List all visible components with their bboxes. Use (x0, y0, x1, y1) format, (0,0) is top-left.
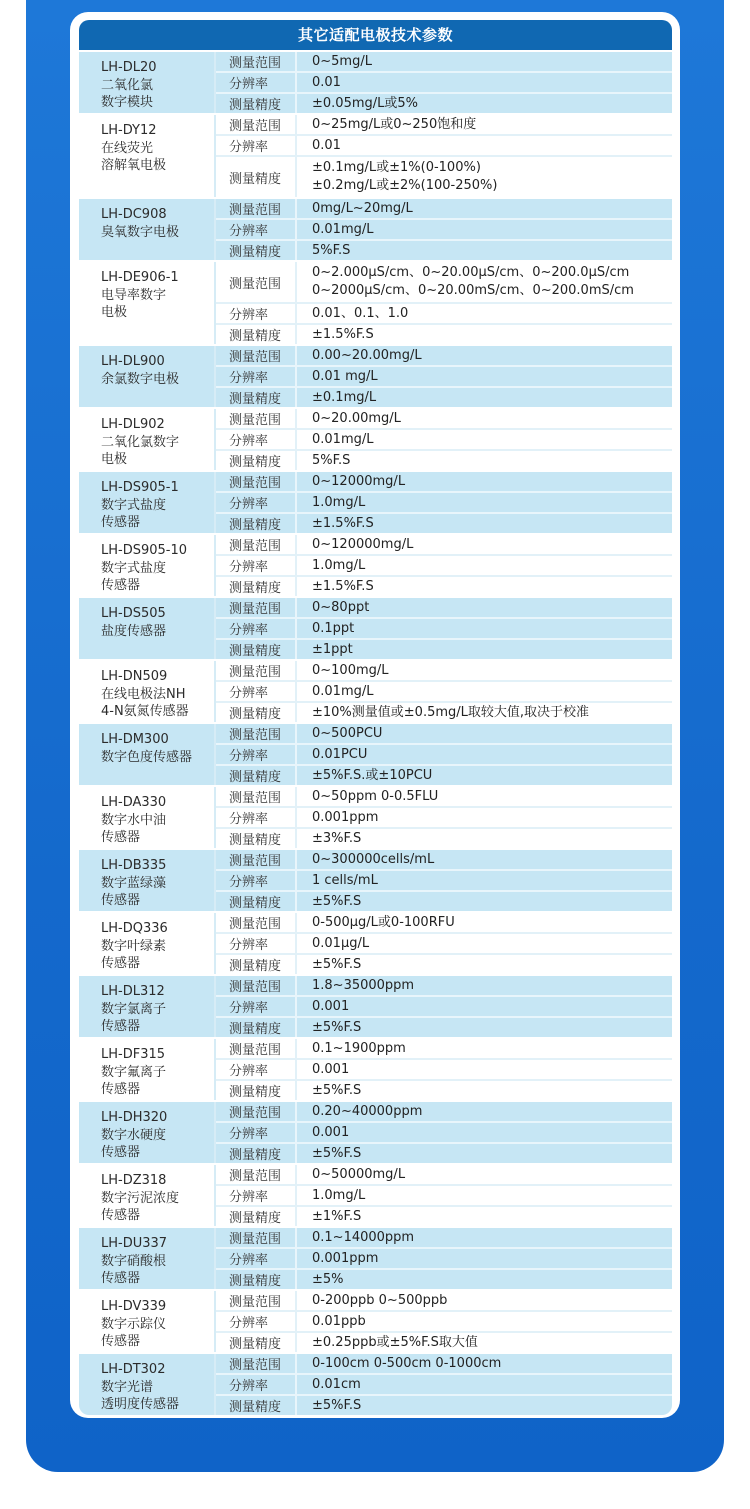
spec-value: 0~25mg/L或0~250饱和度 (297, 115, 672, 134)
product-name-line: 数字叶绿素 (101, 938, 214, 956)
spec-label: 分辨率 (216, 1060, 297, 1079)
spec-value-line: 0.001 (312, 998, 672, 1016)
spec-value-line: 0~50000mg/L (312, 1166, 672, 1184)
spec-value: 0.1~1900ppm (297, 1039, 672, 1058)
spec-label: 测量精度 (216, 892, 297, 911)
spec-label: 测量精度 (216, 1207, 297, 1226)
spec-label: 测量精度 (216, 640, 297, 659)
spec-label: 分辨率 (216, 304, 297, 323)
spec-value: 0.001 (297, 1060, 672, 1079)
product-group: LH-DY12在线荧光溶解氧电极测量范围0~25mg/L或0~250饱和度分辨率… (79, 113, 672, 197)
spec-rows: 测量范围0-500μg/L或0-100RFU分辨率0.01μg/L测量精度±5%… (216, 913, 672, 974)
spec-row-accuracy: 测量精度±1ppt (216, 638, 672, 659)
spec-rows: 测量范围0-200ppb 0~500ppb分辨率0.01ppb测量精度±0.25… (216, 1291, 672, 1352)
spec-value: ±5%F.S (297, 1018, 672, 1037)
spec-value-line: 0~80ppt (312, 599, 672, 617)
spec-value: ±10%测量值或±0.5mg/L取较大值,取决于校准 (297, 703, 672, 722)
spec-label: 测量精度 (216, 1144, 297, 1163)
product-name-line: 数字水中油 (101, 812, 214, 830)
spec-label: 分辨率 (216, 1312, 297, 1331)
product-name-line: 数字式盐度 (101, 560, 214, 578)
spec-row-range: 测量范围0-100cm 0-500cm 0-1000cm (216, 1354, 672, 1373)
spec-row-accuracy: 测量精度±1.5%F.S (216, 575, 672, 596)
spec-rows: 测量范围0.00~20.00mg/L分辨率0.01 mg/L测量精度±0.1mg… (216, 346, 672, 407)
product-group: LH-DA330数字水中油传感器测量范围0~50ppm 0-0.5FLU分辨率0… (79, 785, 672, 848)
spec-value: 0~50ppm 0-0.5FLU (297, 787, 672, 806)
product-model-cell: LH-DL20二氧化氯数字模块 (79, 52, 216, 113)
product-group: LH-DN509在线电极法NH4-N氨氮传感器测量范围0~100mg/L分辨率0… (79, 659, 672, 722)
product-name-line: 数字氯离子 (101, 1001, 214, 1019)
spec-value-line: 0.01mg/L (312, 683, 672, 701)
spec-value-line: 0.01cm (312, 1376, 672, 1394)
spec-row-range: 测量范围0~50ppm 0-0.5FLU (216, 787, 672, 806)
product-model: LH-DC908 (101, 206, 214, 224)
spec-row-resolution: 分辨率0.001 (216, 1058, 672, 1079)
spec-value: 0.001ppm (297, 808, 672, 827)
spec-label: 测量范围 (216, 472, 297, 491)
spec-label: 分辨率 (216, 997, 297, 1016)
product-group: LH-DS905-10数字式盐度传感器测量范围0~120000mg/L分辨率1.… (79, 533, 672, 596)
spec-row-accuracy: 测量精度±5%F.S (216, 890, 672, 911)
product-group: LH-DU337数字硝酸根传感器测量范围0.1~14000ppm分辨率0.001… (79, 1226, 672, 1289)
spec-label: 测量范围 (216, 199, 297, 218)
product-model: LH-DB335 (101, 857, 214, 875)
spec-row-resolution: 分辨率0.001ppm (216, 806, 672, 827)
spec-row-resolution: 分辨率0.001 (216, 1121, 672, 1142)
product-group: LH-DQ336数字叶绿素传感器测量范围0-500μg/L或0-100RFU分辨… (79, 911, 672, 974)
spec-value: 0.01mg/L (297, 220, 672, 239)
spec-label: 分辨率 (216, 1123, 297, 1142)
product-model: LH-DS905-1 (101, 479, 214, 497)
spec-value: 0.01、0.1、1.0 (297, 304, 672, 323)
spec-value-line: 0.01 mg/L (312, 368, 672, 386)
spec-row-accuracy: 测量精度±1.5%F.S (216, 512, 672, 533)
spec-value-line: 1.0mg/L (312, 557, 672, 575)
spec-value: 0mg/L~20mg/L (297, 199, 672, 218)
spec-value-line: 1 cells/mL (312, 872, 672, 890)
product-model: LH-DM300 (101, 731, 214, 749)
spec-value: 0~5mg/L (297, 52, 672, 71)
spec-row-accuracy: 测量精度±3%F.S (216, 827, 672, 848)
spec-value-line: ±5% (312, 1271, 672, 1289)
spec-row-resolution: 分辨率0.01cm (216, 1373, 672, 1394)
spec-label: 测量精度 (216, 703, 297, 722)
spec-value-line: ±0.1mg/L (312, 389, 672, 407)
product-model: LH-DL902 (101, 416, 214, 434)
spec-label: 测量精度 (216, 94, 297, 113)
spec-value: 0.01mg/L (297, 430, 672, 449)
product-model-cell: LH-DF315数字氟离子传感器 (79, 1039, 216, 1100)
product-model: LH-DL312 (101, 983, 214, 1001)
spec-rows: 测量范围0.1~1900ppm分辨率0.001测量精度±5%F.S (216, 1039, 672, 1100)
spec-value-line: 0-500μg/L或0-100RFU (312, 914, 672, 932)
spec-label: 测量精度 (216, 1396, 297, 1415)
spec-value: 5%F.S (297, 241, 672, 260)
spec-value-line: 0.01ppb (312, 1313, 672, 1331)
spec-value-line: ±5%F.S (312, 893, 672, 911)
spec-value-line: ±0.2mg/L或±2%(100-250%) (312, 177, 672, 195)
spec-value-line: 0-100cm 0-500cm 0-1000cm (312, 1355, 672, 1373)
product-model-cell: LH-DC908臭氧数字电极 (79, 199, 216, 260)
product-group: LH-DE906-1电导率数字电极测量范围0~2.000μS/cm、0~20.0… (79, 260, 672, 344)
spec-row-accuracy: 测量精度±0.25ppb或±5%F.S取大值 (216, 1331, 672, 1352)
product-model: LH-DA330 (101, 794, 214, 812)
spec-label: 测量精度 (216, 955, 297, 974)
spec-row-accuracy: 测量精度±5% (216, 1268, 672, 1289)
product-name-line: 传感器 (101, 1270, 214, 1288)
product-name-line: 盐度传感器 (101, 623, 214, 641)
spec-label: 测量精度 (216, 514, 297, 533)
spec-row-resolution: 分辨率0.01ppb (216, 1310, 672, 1331)
spec-label: 分辨率 (216, 745, 297, 764)
spec-rows: 测量范围0-100cm 0-500cm 0-1000cm分辨率0.01cm测量精… (216, 1354, 672, 1415)
spec-value-line: 0-200ppb 0~500ppb (312, 1292, 672, 1310)
spec-label: 测量范围 (216, 1354, 297, 1373)
spec-row-accuracy: 测量精度±10%测量值或±0.5mg/L取较大值,取决于校准 (216, 701, 672, 722)
product-model-cell: LH-DA330数字水中油传感器 (79, 787, 216, 848)
spec-value: 0~500PCU (297, 724, 672, 743)
spec-row-range: 测量范围1.8~35000ppm (216, 976, 672, 995)
spec-value-line: 0~300000cells/mL (312, 851, 672, 869)
spec-row-resolution: 分辨率0.01 (216, 71, 672, 92)
spec-label: 测量精度 (216, 1333, 297, 1352)
spec-value-line: 0.01、0.1、1.0 (312, 305, 672, 323)
spec-value-line: ±5%F.S (312, 1019, 672, 1037)
spec-value-line: ±3%F.S (312, 830, 672, 848)
spec-value-line: 0~5mg/L (312, 53, 672, 71)
spec-value-line: 0.01mg/L (312, 221, 672, 239)
spec-value-line: 0~500PCU (312, 725, 672, 743)
product-model-cell: LH-DZ318数字污泥浓度传感器 (79, 1165, 216, 1226)
product-name-line: 二氧化氯数字 (101, 434, 214, 452)
product-name-line: 数字示踪仪 (101, 1316, 214, 1334)
product-name-line: 传感器 (101, 955, 214, 973)
spec-value: 0.01ppb (297, 1312, 672, 1331)
spec-label: 测量范围 (216, 724, 297, 743)
spec-value: 0.20~40000ppm (297, 1102, 672, 1121)
spec-value-line: 0.01mg/L (312, 431, 672, 449)
spec-row-range: 测量范围0~100mg/L (216, 661, 672, 680)
spec-row-resolution: 分辨率0.01、0.1、1.0 (216, 302, 672, 323)
spec-value: 0~120000mg/L (297, 535, 672, 554)
product-group: LH-DB335数字蓝绿藻传感器测量范围0~300000cells/mL分辨率1… (79, 848, 672, 911)
product-group: LH-DH320数字水硬度传感器测量范围0.20~40000ppm分辨率0.00… (79, 1100, 672, 1163)
product-model: LH-DE906-1 (101, 269, 214, 287)
spec-value-line: 1.8~35000ppm (312, 977, 672, 995)
spec-label: 测量范围 (216, 913, 297, 932)
product-model-cell: LH-DV339数字示踪仪传感器 (79, 1291, 216, 1352)
spec-row-resolution: 分辨率1.0mg/L (216, 1184, 672, 1205)
spec-value-line: ±1.5%F.S (312, 515, 672, 533)
spec-value-line: 0.1ppt (312, 620, 672, 638)
spec-value-line: 5%F.S (312, 242, 672, 260)
spec-value: 0~20.00mg/L (297, 409, 672, 428)
product-name-line: 数字光谱 (101, 1379, 214, 1397)
product-model-cell: LH-DS505盐度传感器 (79, 598, 216, 659)
spec-value: 1 cells/mL (297, 871, 672, 890)
spec-row-range: 测量范围0~25mg/L或0~250饱和度 (216, 115, 672, 134)
product-name-line: 电极 (101, 451, 214, 469)
spec-row-range: 测量范围0.1~1900ppm (216, 1039, 672, 1058)
product-model-cell: LH-DY12在线荧光溶解氧电极 (79, 115, 216, 197)
spec-value: ±5% (297, 1270, 672, 1289)
spec-label: 测量精度 (216, 577, 297, 596)
spec-row-resolution: 分辨率1.0mg/L (216, 554, 672, 575)
spec-row-accuracy: 测量精度5%F.S (216, 449, 672, 470)
spec-value-line: 0~2000μS/cm、0~20.00mS/cm、0~200.0mS/cm (312, 282, 672, 300)
spec-value: 0~80ppt (297, 598, 672, 617)
spec-value-line: ±0.25ppb或±5%F.S取大值 (312, 1334, 672, 1352)
spec-value-line: 0~2.000μS/cm、0~20.00μS/cm、0~200.0μS/cm (312, 264, 672, 282)
product-group: LH-DC908臭氧数字电极测量范围0mg/L~20mg/L分辨率0.01mg/… (79, 197, 672, 260)
spec-label: 测量范围 (216, 52, 297, 71)
spec-value: ±1.5%F.S (297, 577, 672, 596)
spec-value-line: 0~120000mg/L (312, 536, 672, 554)
product-model: LH-DL20 (101, 59, 214, 77)
product-group: LH-DF315数字氟离子传感器测量范围0.1~1900ppm分辨率0.001测… (79, 1037, 672, 1100)
spec-label: 分辨率 (216, 1186, 297, 1205)
spec-value-line: ±1.5%F.S (312, 326, 672, 344)
spec-rows: 测量范围0.1~14000ppm分辨率0.001ppm测量精度±5% (216, 1228, 672, 1289)
spec-value-line: 0.00~20.00mg/L (312, 347, 672, 365)
spec-row-range: 测量范围0~80ppt (216, 598, 672, 617)
product-name-line: 传感器 (101, 892, 214, 910)
spec-value-line: ±0.05mg/L或5% (312, 95, 672, 113)
spec-label: 测量精度 (216, 1018, 297, 1037)
spec-row-accuracy: 测量精度±0.05mg/L或5% (216, 92, 672, 113)
spec-row-range: 测量范围0~5mg/L (216, 52, 672, 71)
spec-label: 测量精度 (216, 388, 297, 407)
product-name-line: 传感器 (101, 1333, 214, 1351)
spec-rows: 测量范围0~80ppt分辨率0.1ppt测量精度±1ppt (216, 598, 672, 659)
spec-label: 分辨率 (216, 367, 297, 386)
product-name-line: 数字水硬度 (101, 1127, 214, 1145)
spec-label: 测量范围 (216, 1291, 297, 1310)
spec-rows: 测量范围0~25mg/L或0~250饱和度分辨率0.01测量精度±0.1mg/L… (216, 115, 672, 197)
product-name-line: 数字色度传感器 (101, 749, 214, 767)
product-model-cell: LH-DH320数字水硬度传感器 (79, 1102, 216, 1163)
product-name-line: 溶解氧电极 (101, 157, 214, 175)
spec-value: ±5%F.S (297, 892, 672, 911)
spec-value: 1.8~35000ppm (297, 976, 672, 995)
spec-row-resolution: 分辨率1.0mg/L (216, 491, 672, 512)
spec-value: 0.01PCU (297, 745, 672, 764)
spec-value: ±0.25ppb或±5%F.S取大值 (297, 1333, 672, 1352)
spec-rows: 测量范围0~120000mg/L分辨率1.0mg/L测量精度±1.5%F.S (216, 535, 672, 596)
product-model: LH-DV339 (101, 1298, 214, 1316)
spec-row-range: 测量范围0.20~40000ppm (216, 1102, 672, 1121)
spec-value: 0.01 (297, 136, 672, 155)
spec-value-line: 0~100mg/L (312, 662, 672, 680)
spec-label: 分辨率 (216, 136, 297, 155)
spec-value-line: ±5%F.S (312, 1145, 672, 1163)
product-group: LH-DV339数字示踪仪传感器测量范围0-200ppb 0~500ppb分辨率… (79, 1289, 672, 1352)
product-group: LH-DM300数字色度传感器测量范围0~500PCU分辨率0.01PCU测量精… (79, 722, 672, 785)
spec-row-range: 测量范围0mg/L~20mg/L (216, 199, 672, 218)
spec-label: 测量范围 (216, 976, 297, 995)
product-model-cell: LH-DE906-1电导率数字电极 (79, 262, 216, 344)
table-body: LH-DL20二氧化氯数字模块测量范围0~5mg/L分辨率0.01测量精度±0.… (79, 50, 672, 1415)
spec-value: 5%F.S (297, 451, 672, 470)
spec-label: 分辨率 (216, 1375, 297, 1394)
spec-label: 测量精度 (216, 1270, 297, 1289)
product-name-line: 数字模块 (101, 94, 214, 112)
spec-value-line: 0.1~14000ppm (312, 1229, 672, 1247)
spec-label: 分辨率 (216, 871, 297, 890)
spec-row-accuracy: 测量精度±5%F.S (216, 1016, 672, 1037)
spec-label: 测量范围 (216, 787, 297, 806)
product-model-cell: LH-DS905-1数字式盐度传感器 (79, 472, 216, 533)
product-name-line: 传感器 (101, 514, 214, 532)
spec-label: 分辨率 (216, 1249, 297, 1268)
spec-value-line: 0.001 (312, 1124, 672, 1142)
spec-row-resolution: 分辨率1 cells/mL (216, 869, 672, 890)
product-name-line: 4-N氨氮传感器 (101, 703, 214, 721)
product-name-line: 传感器 (101, 829, 214, 847)
spec-row-accuracy: 测量精度±0.1mg/L或±1%(0-100%)±0.2mg/L或±2%(100… (216, 155, 672, 197)
spec-label: 测量范围 (216, 346, 297, 365)
product-group: LH-DZ318数字污泥浓度传感器测量范围0~50000mg/L分辨率1.0mg… (79, 1163, 672, 1226)
spec-row-resolution: 分辨率0.001ppm (216, 1247, 672, 1268)
product-model-cell: LH-DB335数字蓝绿藻传感器 (79, 850, 216, 911)
spec-value-line: 0.01 (312, 74, 672, 92)
spec-rows: 测量范围1.8~35000ppm分辨率0.001测量精度±5%F.S (216, 976, 672, 1037)
product-model: LH-DF315 (101, 1046, 214, 1064)
spec-label: 测量范围 (216, 850, 297, 869)
product-name-line: 余氯数字电极 (101, 371, 214, 389)
product-group: LH-DS505盐度传感器测量范围0~80ppt分辨率0.1ppt测量精度±1p… (79, 596, 672, 659)
spec-row-resolution: 分辨率0.01mg/L (216, 680, 672, 701)
spec-row-range: 测量范围0-500μg/L或0-100RFU (216, 913, 672, 932)
spec-label: 分辨率 (216, 220, 297, 239)
spec-rows: 测量范围0~5mg/L分辨率0.01测量精度±0.05mg/L或5% (216, 52, 672, 113)
product-name-line: 在线荧光 (101, 140, 214, 158)
spec-row-range: 测量范围0-200ppb 0~500ppb (216, 1291, 672, 1310)
spec-value: ±1.5%F.S (297, 514, 672, 533)
spec-table: 其它适配电极技术参数 LH-DL20二氧化氯数字模块测量范围0~5mg/L分辨率… (79, 20, 672, 1415)
spec-value: ±5%F.S (297, 1396, 672, 1415)
product-model: LH-DH320 (101, 1109, 214, 1127)
spec-rows: 测量范围0~50ppm 0-0.5FLU分辨率0.001ppm测量精度±3%F.… (216, 787, 672, 848)
spec-rows: 测量范围0~2.000μS/cm、0~20.00μS/cm、0~200.0μS/… (216, 262, 672, 344)
product-model-cell: LH-DL900余氯数字电极 (79, 346, 216, 407)
spec-value: ±0.05mg/L或5% (297, 94, 672, 113)
spec-value: 1.0mg/L (297, 1186, 672, 1205)
product-model: LH-DS505 (101, 605, 214, 623)
spec-value: 1.0mg/L (297, 493, 672, 512)
product-name-line: 传感器 (101, 1207, 214, 1225)
spec-value: 0~50000mg/L (297, 1165, 672, 1184)
spec-value-line: ±10%测量值或±0.5mg/L取较大值,取决于校准 (312, 704, 672, 722)
product-name-line: 传感器 (101, 1018, 214, 1036)
spec-value: ±5%F.S (297, 1144, 672, 1163)
spec-value: ±0.1mg/L或±1%(0-100%)±0.2mg/L或±2%(100-250… (297, 157, 672, 197)
product-name-line: 数字硝酸根 (101, 1253, 214, 1271)
spec-value-line: ±1ppt (312, 641, 672, 659)
product-group: LH-DL312数字氯离子传感器测量范围1.8~35000ppm分辨率0.001… (79, 974, 672, 1037)
spec-rows: 测量范围0~12000mg/L分辨率1.0mg/L测量精度±1.5%F.S (216, 472, 672, 533)
spec-value-line: 0.01 (312, 137, 672, 155)
spec-value: ±1%F.S (297, 1207, 672, 1226)
spec-row-accuracy: 测量精度5%F.S (216, 239, 672, 260)
spec-value: 0-500μg/L或0-100RFU (297, 913, 672, 932)
spec-rows: 测量范围0~500PCU分辨率0.01PCU测量精度±5%F.S.或±10PCU (216, 724, 672, 785)
product-model: LH-DT302 (101, 1361, 214, 1379)
spec-row-resolution: 分辨率0.01μg/L (216, 932, 672, 953)
spec-label: 测量范围 (216, 1039, 297, 1058)
spec-value: 0~300000cells/mL (297, 850, 672, 869)
spec-row-range: 测量范围0~12000mg/L (216, 472, 672, 491)
spec-row-accuracy: 测量精度±1%F.S (216, 1205, 672, 1226)
spec-value: 0~12000mg/L (297, 472, 672, 491)
product-group: LH-DL902二氧化氯数字电极测量范围0~20.00mg/L分辨率0.01mg… (79, 407, 672, 470)
spec-row-range: 测量范围0~300000cells/mL (216, 850, 672, 869)
spec-value: 0.01μg/L (297, 934, 672, 953)
spec-value: 0~100mg/L (297, 661, 672, 680)
product-name-line: 数字式盐度 (101, 497, 214, 515)
spec-value-line: 0~12000mg/L (312, 473, 672, 491)
product-name-line: 电导率数字 (101, 287, 214, 305)
product-model: LH-DY12 (101, 122, 214, 140)
spec-value-line: ±5%F.S (312, 1397, 672, 1415)
product-model: LH-DL900 (101, 353, 214, 371)
product-name-line: 传感器 (101, 577, 214, 595)
spec-value: ±5%F.S.或±10PCU (297, 766, 672, 785)
spec-row-accuracy: 测量精度±5%F.S (216, 953, 672, 974)
spec-label: 分辨率 (216, 430, 297, 449)
spec-row-accuracy: 测量精度±5%F.S (216, 1079, 672, 1100)
product-name-line: 传感器 (101, 1144, 214, 1162)
spec-value-line: ±1.5%F.S (312, 578, 672, 596)
spec-label: 分辨率 (216, 73, 297, 92)
product-model-cell: LH-DS905-10数字式盐度传感器 (79, 535, 216, 596)
spec-label: 测量精度 (216, 157, 297, 197)
product-model: LH-DZ318 (101, 1172, 214, 1190)
spec-value-line: 0.001ppm (312, 1250, 672, 1268)
spec-row-resolution: 分辨率0.01mg/L (216, 218, 672, 239)
spec-row-range: 测量范围0.1~14000ppm (216, 1228, 672, 1247)
spec-value-line: 1.0mg/L (312, 494, 672, 512)
spec-label: 分辨率 (216, 556, 297, 575)
spec-value-line: ±0.1mg/L或±1%(0-100%) (312, 159, 672, 177)
spec-row-range: 测量范围0~2.000μS/cm、0~20.00μS/cm、0~200.0μS/… (216, 262, 672, 302)
product-name-line: 臭氧数字电极 (101, 224, 214, 242)
spec-value-line: ±5%F.S (312, 956, 672, 974)
spec-value: 0.1~14000ppm (297, 1228, 672, 1247)
spec-rows: 测量范围0~20.00mg/L分辨率0.01mg/L测量精度5%F.S (216, 409, 672, 470)
spec-label: 测量范围 (216, 1228, 297, 1247)
spec-value-line: 0mg/L~20mg/L (312, 200, 672, 218)
spec-value-line: 1.0mg/L (312, 1187, 672, 1205)
spec-rows: 测量范围0~300000cells/mL分辨率1 cells/mL测量精度±5%… (216, 850, 672, 911)
spec-value-line: 0~50ppm 0-0.5FLU (312, 788, 672, 806)
spec-row-accuracy: 测量精度±1.5%F.S (216, 323, 672, 344)
spec-value-line: 0.20~40000ppm (312, 1103, 672, 1121)
spec-rows: 测量范围0mg/L~20mg/L分辨率0.01mg/L测量精度5%F.S (216, 199, 672, 260)
spec-value: ±1ppt (297, 640, 672, 659)
spec-label: 分辨率 (216, 808, 297, 827)
spec-row-resolution: 分辨率0.01 (216, 134, 672, 155)
spec-label: 测量精度 (216, 325, 297, 344)
spec-rows: 测量范围0~50000mg/L分辨率1.0mg/L测量精度±1%F.S (216, 1165, 672, 1226)
product-model-cell: LH-DL312数字氯离子传感器 (79, 976, 216, 1037)
spec-value: ±1.5%F.S (297, 325, 672, 344)
spec-row-accuracy: 测量精度±5%F.S (216, 1142, 672, 1163)
spec-value: ±5%F.S (297, 1081, 672, 1100)
product-name-line: 数字蓝绿藻 (101, 875, 214, 893)
product-name-line: 数字污泥浓度 (101, 1190, 214, 1208)
spec-label: 分辨率 (216, 934, 297, 953)
